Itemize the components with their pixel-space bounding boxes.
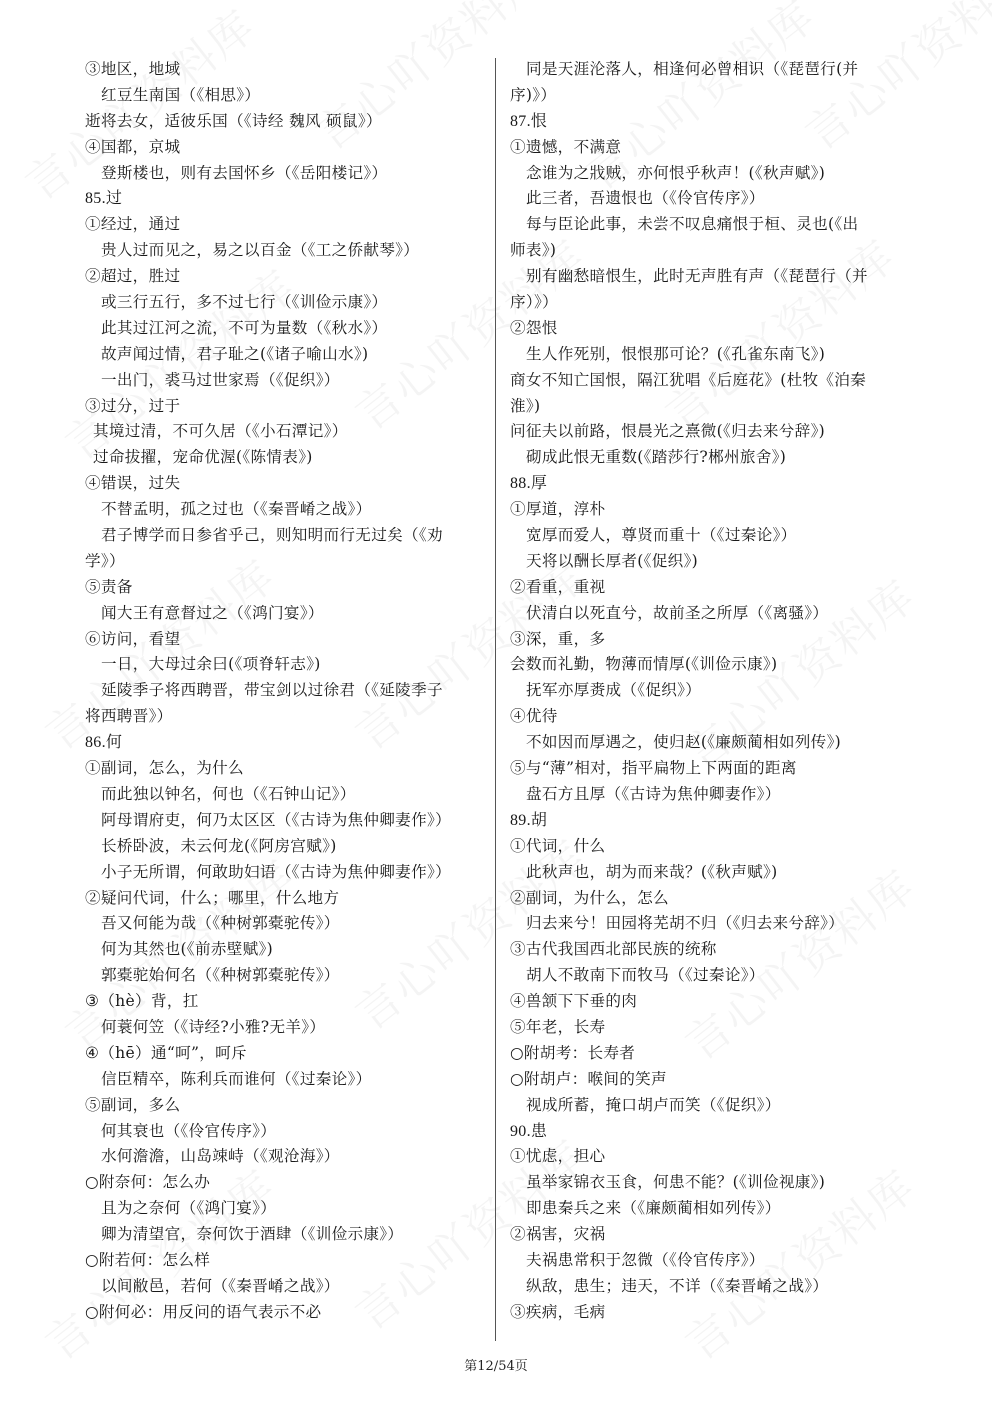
text-line: ⑤副词，多么 (85, 1093, 490, 1119)
text-line: ⑤责备 (85, 575, 490, 601)
text-line: ③（hè）背，扛 (85, 989, 490, 1015)
document-page: ③地区，地域红豆生南国（《相思》）逝将去女，适彼乐国（《诗经 魏风 硕鼠》）④国… (0, 0, 992, 1403)
text-line: 阿母谓府吏，何乃太区区（《古诗为焦仲卿妻作》） (85, 808, 490, 834)
text-line: 抚军亦厚赉成（《促织》） (510, 678, 915, 704)
text-line: ②看重，重视 (510, 575, 915, 601)
text-line: ①遗憾，不满意 (510, 135, 915, 161)
text-line: ⑤年老，长寿 (510, 1015, 915, 1041)
text-line: 不如因而厚遇之，使归赵(《廉颇蔺相如列传》) (510, 730, 915, 756)
entry-heading: 87.恨 (510, 109, 915, 135)
text-line: 砌成此恨无重数(《踏莎行?郴州旅舍》) (510, 445, 915, 471)
text-line: 登斯楼也，则有去国怀乡（《岳阳楼记》） (85, 161, 490, 187)
text-line: 卿为清望官，奈何饮于酒肆（《训俭示康》） (85, 1222, 490, 1248)
text-line: ③过分，过于 (85, 394, 490, 420)
text-line: 学》） (85, 549, 490, 575)
text-line: ○附若何：怎么样 (85, 1248, 490, 1274)
text-line: ①经过，通过 (85, 212, 490, 238)
text-line: 此三者，吾遗恨也（《伶官传序》） (510, 186, 915, 212)
text-line: ②副词，为什么，怎么 (510, 886, 915, 912)
text-line: 虽举家锦衣玉食，何患不能？(《训俭视康》) (510, 1170, 915, 1196)
text-line: 序)》） (510, 83, 915, 109)
entry-heading: 88.厚 (510, 471, 915, 497)
text-line: 何其衰也（《伶官传序》） (85, 1119, 490, 1145)
text-line: 而此独以钟名，何也（《石钟山记》） (85, 782, 490, 808)
text-line: ③深，重，多 (510, 627, 915, 653)
text-line: 延陵季子将西聘晋，带宝剑以过徐君（《延陵季子 (85, 678, 490, 704)
text-line: 吾又何能为哉（《种树郭橐驼传》） (85, 911, 490, 937)
text-line: ①副词，怎么，为什么 (85, 756, 490, 782)
text-line: 胡人不敢南下而牧马（《过秦论》） (510, 963, 915, 989)
text-line: 过命拔擢，宠命优渥(《陈情表》) (85, 445, 490, 471)
text-line: ④兽颔下下垂的肉 (510, 989, 915, 1015)
text-line: 何为其然也(《前赤壁赋》) (85, 937, 490, 963)
entry-heading: 90.患 (510, 1119, 915, 1145)
text-line: 或三行五行，多不过七行（《训俭示康》） (85, 290, 490, 316)
entry-heading: 86.何 (85, 730, 490, 756)
text-line: 郭橐驼始何名（《种树郭橐驼传》） (85, 963, 490, 989)
text-line: 同是天涯沦落人，相逢何必曾相识（《琵琶行(并 (510, 57, 915, 83)
text-line: 念谁为之戕贼，亦何恨乎秋声！(《秋声赋》) (510, 161, 915, 187)
text-line: ○附胡卢：喉间的笑声 (510, 1067, 915, 1093)
text-line: 闻大王有意督过之（《鸿门宴》） (85, 601, 490, 627)
text-line: ④（hē）通“呵”，呵斥 (85, 1041, 490, 1067)
text-line: ③古代我国西北部民族的统称 (510, 937, 915, 963)
text-line: 逝将去女，适彼乐国（《诗经 魏风 硕鼠》） (85, 109, 490, 135)
entry-heading: 89.胡 (510, 808, 915, 834)
text-line: ②疑问代词，什么；哪里，什么地方 (85, 886, 490, 912)
text-line: 伏清白以死直兮，故前圣之所厚（《离骚》） (510, 601, 915, 627)
text-line: 小子无所谓，何敢助妇语（《古诗为焦仲卿妻作》） (85, 860, 490, 886)
text-line: ○附何必：用反问的语气表示不必 (85, 1300, 490, 1326)
text-line: 纵敌，患生；违天，不详（《秦晋崤之战》） (510, 1274, 915, 1300)
text-line: 一日，大母过余曰(《项脊轩志》) (85, 652, 490, 678)
text-line: 信臣精卒，陈利兵而谁何（《过秦论》） (85, 1067, 490, 1093)
text-line: 君子博学而日参省乎己，则知明而行无过矣（《劝 (85, 523, 490, 549)
text-line: ③疾病，毛病 (510, 1300, 915, 1326)
text-line: 淮》) (510, 394, 915, 420)
text-line: ①代词，什么 (510, 834, 915, 860)
text-line: ③地区，地域 (85, 57, 490, 83)
text-line: 会数而礼勤，物薄而情厚(《训俭示康》) (510, 652, 915, 678)
text-line: 以间敝邑，若何（《秦晋崤之战》） (85, 1274, 490, 1300)
text-line: ①忧虑，担心 (510, 1144, 915, 1170)
text-line: 一出门，裘马过世家焉（《促织》） (85, 368, 490, 394)
text-line: 将西聘晋》） (85, 704, 490, 730)
text-line: 夫祸患常积于忽微（《伶官传序》） (510, 1248, 915, 1274)
text-line: 天将以酬长厚者(《促织》) (510, 549, 915, 575)
text-line: ⑤与“薄”相对，指平扁物上下两面的距离 (510, 756, 915, 782)
left-column: ③地区，地域红豆生南国（《相思》）逝将去女，适彼乐国（《诗经 魏风 硕鼠》）④国… (85, 57, 490, 1326)
text-line: ①厚道，淳朴 (510, 497, 915, 523)
text-line: ④错误，过失 (85, 471, 490, 497)
text-line: 水何澹澹，山岛竦峙（《观沧海》） (85, 1144, 490, 1170)
text-line: ○附胡考：长寿者 (510, 1041, 915, 1067)
text-line: 盘石方且厚（《古诗为焦仲卿妻作》） (510, 782, 915, 808)
text-line: ④优待 (510, 704, 915, 730)
text-line: ○附奈何：怎么办 (85, 1170, 490, 1196)
text-line: 问征夫以前路，恨晨光之熹微(《归去来兮辞》) (510, 419, 915, 445)
text-line: ②祸害，灾祸 (510, 1222, 915, 1248)
text-line: 长桥卧波，未云何龙(《阿房宫赋》) (85, 834, 490, 860)
text-line: 何蓑何笠（《诗经?小雅?无羊》） (85, 1015, 490, 1041)
text-line: 序）》） (510, 290, 915, 316)
text-line: 每与臣论此事，未尝不叹息痛恨于桓、灵也(《出 (510, 212, 915, 238)
text-line: ②超过，胜过 (85, 264, 490, 290)
text-line: 即患秦兵之来（《廉颇蔺相如列传》） (510, 1196, 915, 1222)
text-line: 故声闻过情，君子耻之(《诸子喻山水》) (85, 342, 490, 368)
text-line: 归去来兮！田园将芜胡不归（《归去来兮辞》） (510, 911, 915, 937)
column-divider (495, 58, 496, 1341)
text-line: 视成所蓄，掩口胡卢而笑（《促织》） (510, 1093, 915, 1119)
text-line: 商女不知亡国恨，隔江犹唱《后庭花》(杜牧《泊秦 (510, 368, 915, 394)
text-line: 宽厚而爱人，尊贤而重十（《过秦论》） (510, 523, 915, 549)
text-line: 红豆生南国（《相思》） (85, 83, 490, 109)
text-line: ⑥访问，看望 (85, 627, 490, 653)
text-line: ②怨恨 (510, 316, 915, 342)
text-line: 别有幽愁暗恨生，此时无声胜有声（《琵琶行（并 (510, 264, 915, 290)
text-line: 此秋声也，胡为而来哉？(《秋声赋》) (510, 860, 915, 886)
text-line: 不替孟明，孤之过也（《秦晋崤之战》） (85, 497, 490, 523)
text-line: 其境过清，不可久居（《小石潭记》） (85, 419, 490, 445)
text-line: 且为之奈何（《鸿门宴》） (85, 1196, 490, 1222)
text-line: 贵人过而见之，易之以百金（《工之侨献琴》） (85, 238, 490, 264)
entry-heading: 85.过 (85, 186, 490, 212)
page-number: 第12/54页 (0, 1355, 992, 1374)
right-column: 同是天涯沦落人，相逢何必曾相识（《琵琶行(并序)》）87.恨①遗憾，不满意念谁为… (510, 57, 915, 1326)
text-line: 此其过江河之流，不可为量数（《秋水》） (85, 316, 490, 342)
text-line: 生人作死别，恨恨那可论？(《孔雀东南飞》) (510, 342, 915, 368)
text-line: 师表》) (510, 238, 915, 264)
text-line: ④国都，京城 (85, 135, 490, 161)
